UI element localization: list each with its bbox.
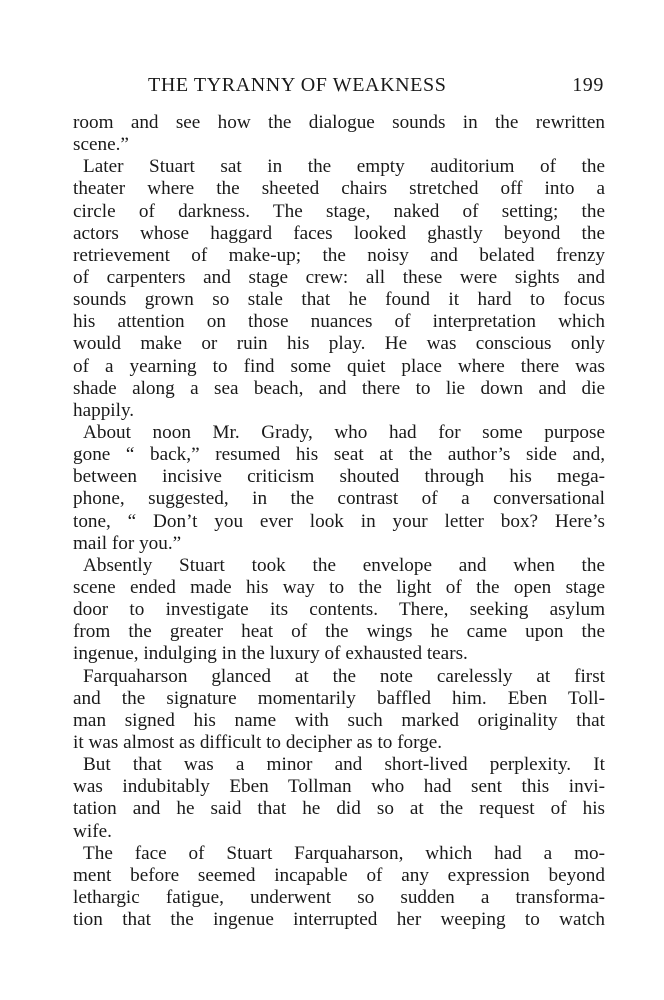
text-line: mail for you.” — [73, 533, 605, 555]
book-page: THE TYRANNY OF WEAKNESS 199 room and see… — [0, 0, 664, 1000]
text-line: But that was a minor and short-lived per… — [73, 754, 605, 776]
text-line: it was almost as difficult to decipher a… — [73, 732, 605, 754]
text-line: circle of darkness. The stage, naked of … — [73, 201, 605, 223]
text-line: door to investigate its contents. There,… — [73, 599, 605, 621]
text-line: theater where the sheeted chairs stretch… — [73, 178, 605, 200]
text-line: was indubitably Eben Tollman who had sen… — [73, 776, 605, 798]
text-line: About noon Mr. Grady, who had for some p… — [73, 422, 605, 444]
text-line: and the signature momentarily baffled hi… — [73, 688, 605, 710]
page-number: 199 — [572, 74, 604, 97]
text-line: of carpenters and stage crew: all these … — [73, 267, 605, 289]
text-line: retrievement of make-up; the noisy and b… — [73, 245, 605, 267]
text-line: lethargic fatigue, underwent so sudden a… — [73, 887, 605, 909]
text-line: tation and he said that he did so at the… — [73, 798, 605, 820]
text-line: man signed his name with such marked ori… — [73, 710, 605, 732]
text-line: sounds grown so stale that he found it h… — [73, 289, 605, 311]
running-head: THE TYRANNY OF WEAKNESS 199 — [140, 74, 604, 102]
text-line: gone “ back,” resumed his seat at the au… — [73, 444, 605, 466]
text-line: scene ended made his way to the light of… — [73, 577, 605, 599]
text-line: from the greater heat of the wings he ca… — [73, 621, 605, 643]
text-line: of a yearning to find some quiet place w… — [73, 356, 605, 378]
text-line: room and see how the dialogue sounds in … — [73, 112, 605, 134]
text-line: ment before seemed incapable of any expr… — [73, 865, 605, 887]
text-line: scene.” — [73, 134, 605, 156]
text-line: would make or ruin his play. He was cons… — [73, 333, 605, 355]
text-line: Later Stuart sat in the empty auditorium… — [73, 156, 605, 178]
text-line: actors whose haggard faces looked ghastl… — [73, 223, 605, 245]
text-line: Absently Stuart took the envelope and wh… — [73, 555, 605, 577]
text-line: shade along a sea beach, and there to li… — [73, 378, 605, 400]
text-line: The face of Stuart Farquaharson, which h… — [73, 843, 605, 865]
text-line: wife. — [73, 821, 605, 843]
text-line: ingenue, indulging in the luxury of exha… — [73, 643, 605, 665]
text-line: phone, suggested, in the contrast of a c… — [73, 488, 605, 510]
text-line: tion that the ingenue interrupted her we… — [73, 909, 605, 931]
text-line: Farquaharson glanced at the note careles… — [73, 666, 605, 688]
text-line: happily. — [73, 400, 605, 422]
chapter-title: THE TYRANNY OF WEAKNESS — [148, 74, 446, 97]
text-line: tone, “ Don’t you ever look in your lett… — [73, 511, 605, 533]
text-line: between incisive criticism shouted throu… — [73, 466, 605, 488]
text-line: his attention on those nuances of interp… — [73, 311, 605, 333]
body-text: room and see how the dialogue sounds in … — [73, 112, 605, 931]
